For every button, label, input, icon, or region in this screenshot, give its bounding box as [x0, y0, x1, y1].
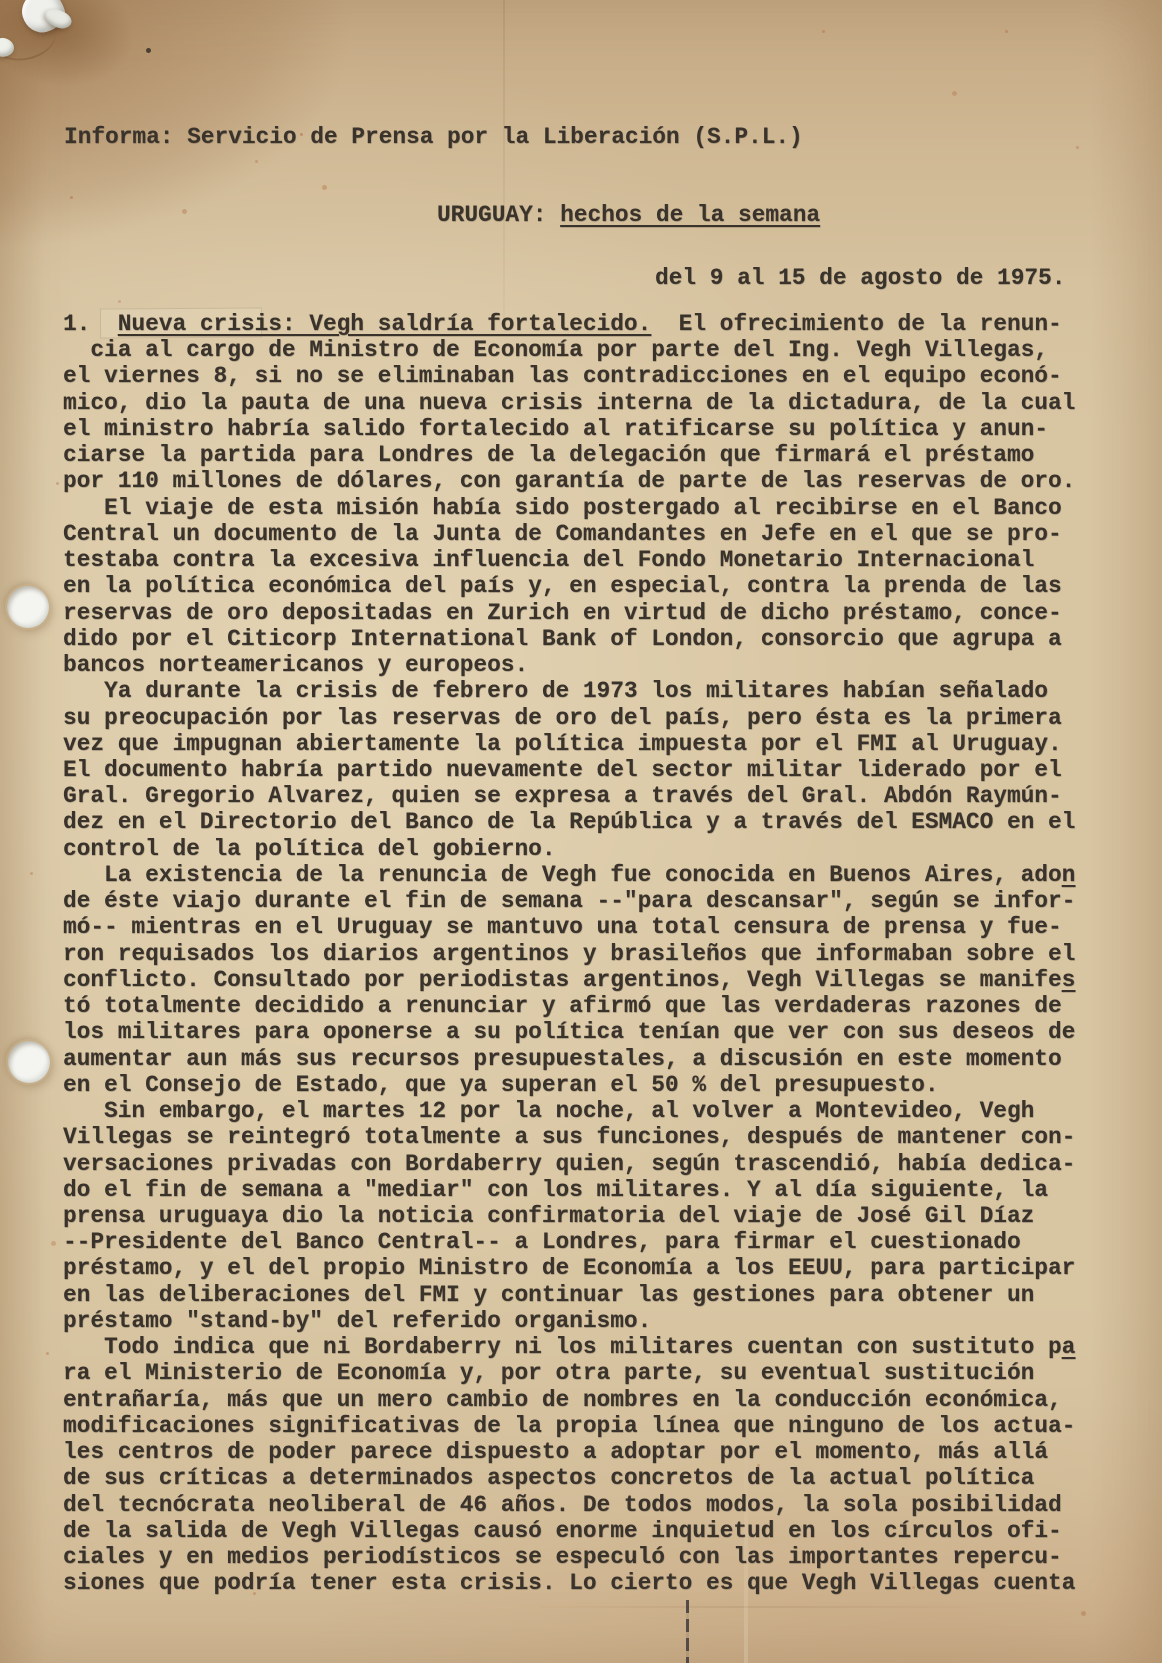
body-line: testaba contra la excesiva influencia de…	[63, 547, 1075, 573]
body-line: préstamo, y el del propio Ministro de Ec…	[63, 1255, 1075, 1281]
body-line: Central un documento de la Junta de Coma…	[63, 521, 1075, 547]
body-line: el viernes 8, si no se eliminaban las co…	[63, 363, 1075, 389]
body-line: de sus críticas a determinados aspectos …	[63, 1465, 1075, 1491]
text-run: conflicto. Consultado por periodistas ar…	[63, 967, 1062, 993]
body-line: vez que impugnan abiertamente la polític…	[63, 731, 1075, 757]
hole-punch-bottom	[8, 1041, 50, 1083]
hole-punch-top	[7, 586, 49, 628]
underlined-run: a	[1062, 1334, 1076, 1360]
body-line: aumentar aun más sus recursos presupuest…	[63, 1046, 1075, 1072]
body-line: modificaciones significativas de la prop…	[63, 1413, 1075, 1439]
text-run: El ofrecimiento de la renun-	[651, 311, 1061, 337]
body-line: ciales y en medios periodísticos se espe…	[63, 1544, 1075, 1570]
body-line: los militares para oponerse a su polític…	[63, 1019, 1075, 1045]
body-line: Sin embargo, el martes 12 por la noche, …	[63, 1098, 1075, 1124]
body-line: ron requisados los diarios argentinos y …	[63, 941, 1075, 967]
body-line: Todo indica que ni Bordaberry ni los mil…	[63, 1334, 1075, 1360]
corner-tear	[0, 0, 200, 140]
scanned-page: Informa: Servicio de Prensa por la Liber…	[0, 0, 1162, 1663]
title-prefix: URUGUAY:	[437, 202, 560, 228]
body-line: reservas de oro depositadas en Zurich en…	[63, 600, 1075, 626]
body-line: Ya durante la crisis de febrero de 1973 …	[63, 678, 1075, 704]
foxing-specks	[0, 0, 3, 3]
body-line: prensa uruguaya dio la noticia confirmat…	[63, 1203, 1075, 1229]
body-line: ra el Ministerio de Economía y, por otra…	[63, 1360, 1075, 1386]
underlined-run: s	[1062, 967, 1076, 993]
body-line: dido por el Citicorp International Bank …	[63, 626, 1075, 652]
body-line: versaciones privadas con Bordaberry quie…	[63, 1151, 1075, 1177]
pen-mark	[686, 1600, 689, 1663]
text-run: Todo indica que ni Bordaberry ni los mil…	[63, 1334, 1062, 1360]
body-line: les centros de poder parece dispuesto a …	[63, 1439, 1075, 1465]
body-line: control de la política del gobierno.	[63, 836, 1075, 862]
body-line: en las deliberaciones del FMI y continua…	[63, 1282, 1075, 1308]
body-line: en el Consejo de Estado, que ya superan …	[63, 1072, 1075, 1098]
body-line: siones que podría tener esta crisis. Lo …	[63, 1570, 1075, 1596]
title-underlined: hechos de la semana	[560, 202, 820, 228]
underlined-run: Nueva crisis: Vegh saldría fortalecido.	[118, 311, 652, 337]
date-line: del 9 al 15 de agosto de 1975.	[655, 265, 1065, 291]
document-title: URUGUAY: hechos de la semana	[437, 202, 820, 228]
body-line: do el fin de semana a "mediar" con los m…	[63, 1177, 1075, 1203]
text-run: La existencia de la renuncia de Vegh fue…	[63, 862, 1062, 888]
body-line: Villegas se reintegró totalmente a sus f…	[63, 1124, 1075, 1150]
body-line: por 110 millones de dólares, con garantí…	[63, 468, 1075, 494]
horizontal-crease	[540, 1606, 970, 1608]
body-line: El viaje de esta misión había sido poste…	[63, 495, 1075, 521]
vertical-crease	[503, 0, 505, 325]
body-line: conflicto. Consultado por periodistas ar…	[63, 967, 1075, 993]
body-line: Gral. Gregorio Alvarez, quien se expresa…	[63, 783, 1075, 809]
body-line: mó-- mientras en el Uruguay se mantuvo u…	[63, 914, 1075, 940]
body-line: el ministro habría salido fortalecido al…	[63, 416, 1075, 442]
underlined-run: n	[1062, 862, 1076, 888]
body-line: de éste viajo durante el fin de semana -…	[63, 888, 1075, 914]
body-line: mico, dio la pauta de una nueva crisis i…	[63, 390, 1075, 416]
body-line: del tecnócrata neoliberal de 46 años. De…	[63, 1492, 1075, 1518]
body-text: 1. Nueva crisis: Vegh saldría fortalecid…	[63, 311, 1075, 1596]
sender-line: Informa: Servicio de Prensa por la Liber…	[64, 124, 803, 150]
body-line: La existencia de la renuncia de Vegh fue…	[63, 862, 1075, 888]
body-line: ciarse la partida para Londres de la del…	[63, 442, 1075, 468]
text-run: 1.	[63, 311, 118, 337]
body-line: --Presidente del Banco Central-- a Londr…	[63, 1229, 1075, 1255]
body-line: tó totalmente decidido a renunciar y afi…	[63, 993, 1075, 1019]
body-line: dez en el Directorio del Banco de la Rep…	[63, 809, 1075, 835]
body-line: cia al cargo de Ministro de Economía por…	[63, 337, 1075, 363]
body-line: El documento habría partido nuevamente d…	[63, 757, 1075, 783]
body-line: su preocupación por las reservas de oro …	[63, 705, 1075, 731]
body-line: de la salida de Vegh Villegas causó enor…	[63, 1518, 1075, 1544]
body-line: en la política económica del país y, en …	[63, 573, 1075, 599]
body-line: 1. Nueva crisis: Vegh saldría fortalecid…	[63, 311, 1075, 337]
body-line: préstamo "stand-by" del referido organis…	[63, 1308, 1075, 1334]
body-line: bancos norteamericanos y europeos.	[63, 652, 1075, 678]
body-line: entrañaría, más que un mero cambio de no…	[63, 1387, 1075, 1413]
